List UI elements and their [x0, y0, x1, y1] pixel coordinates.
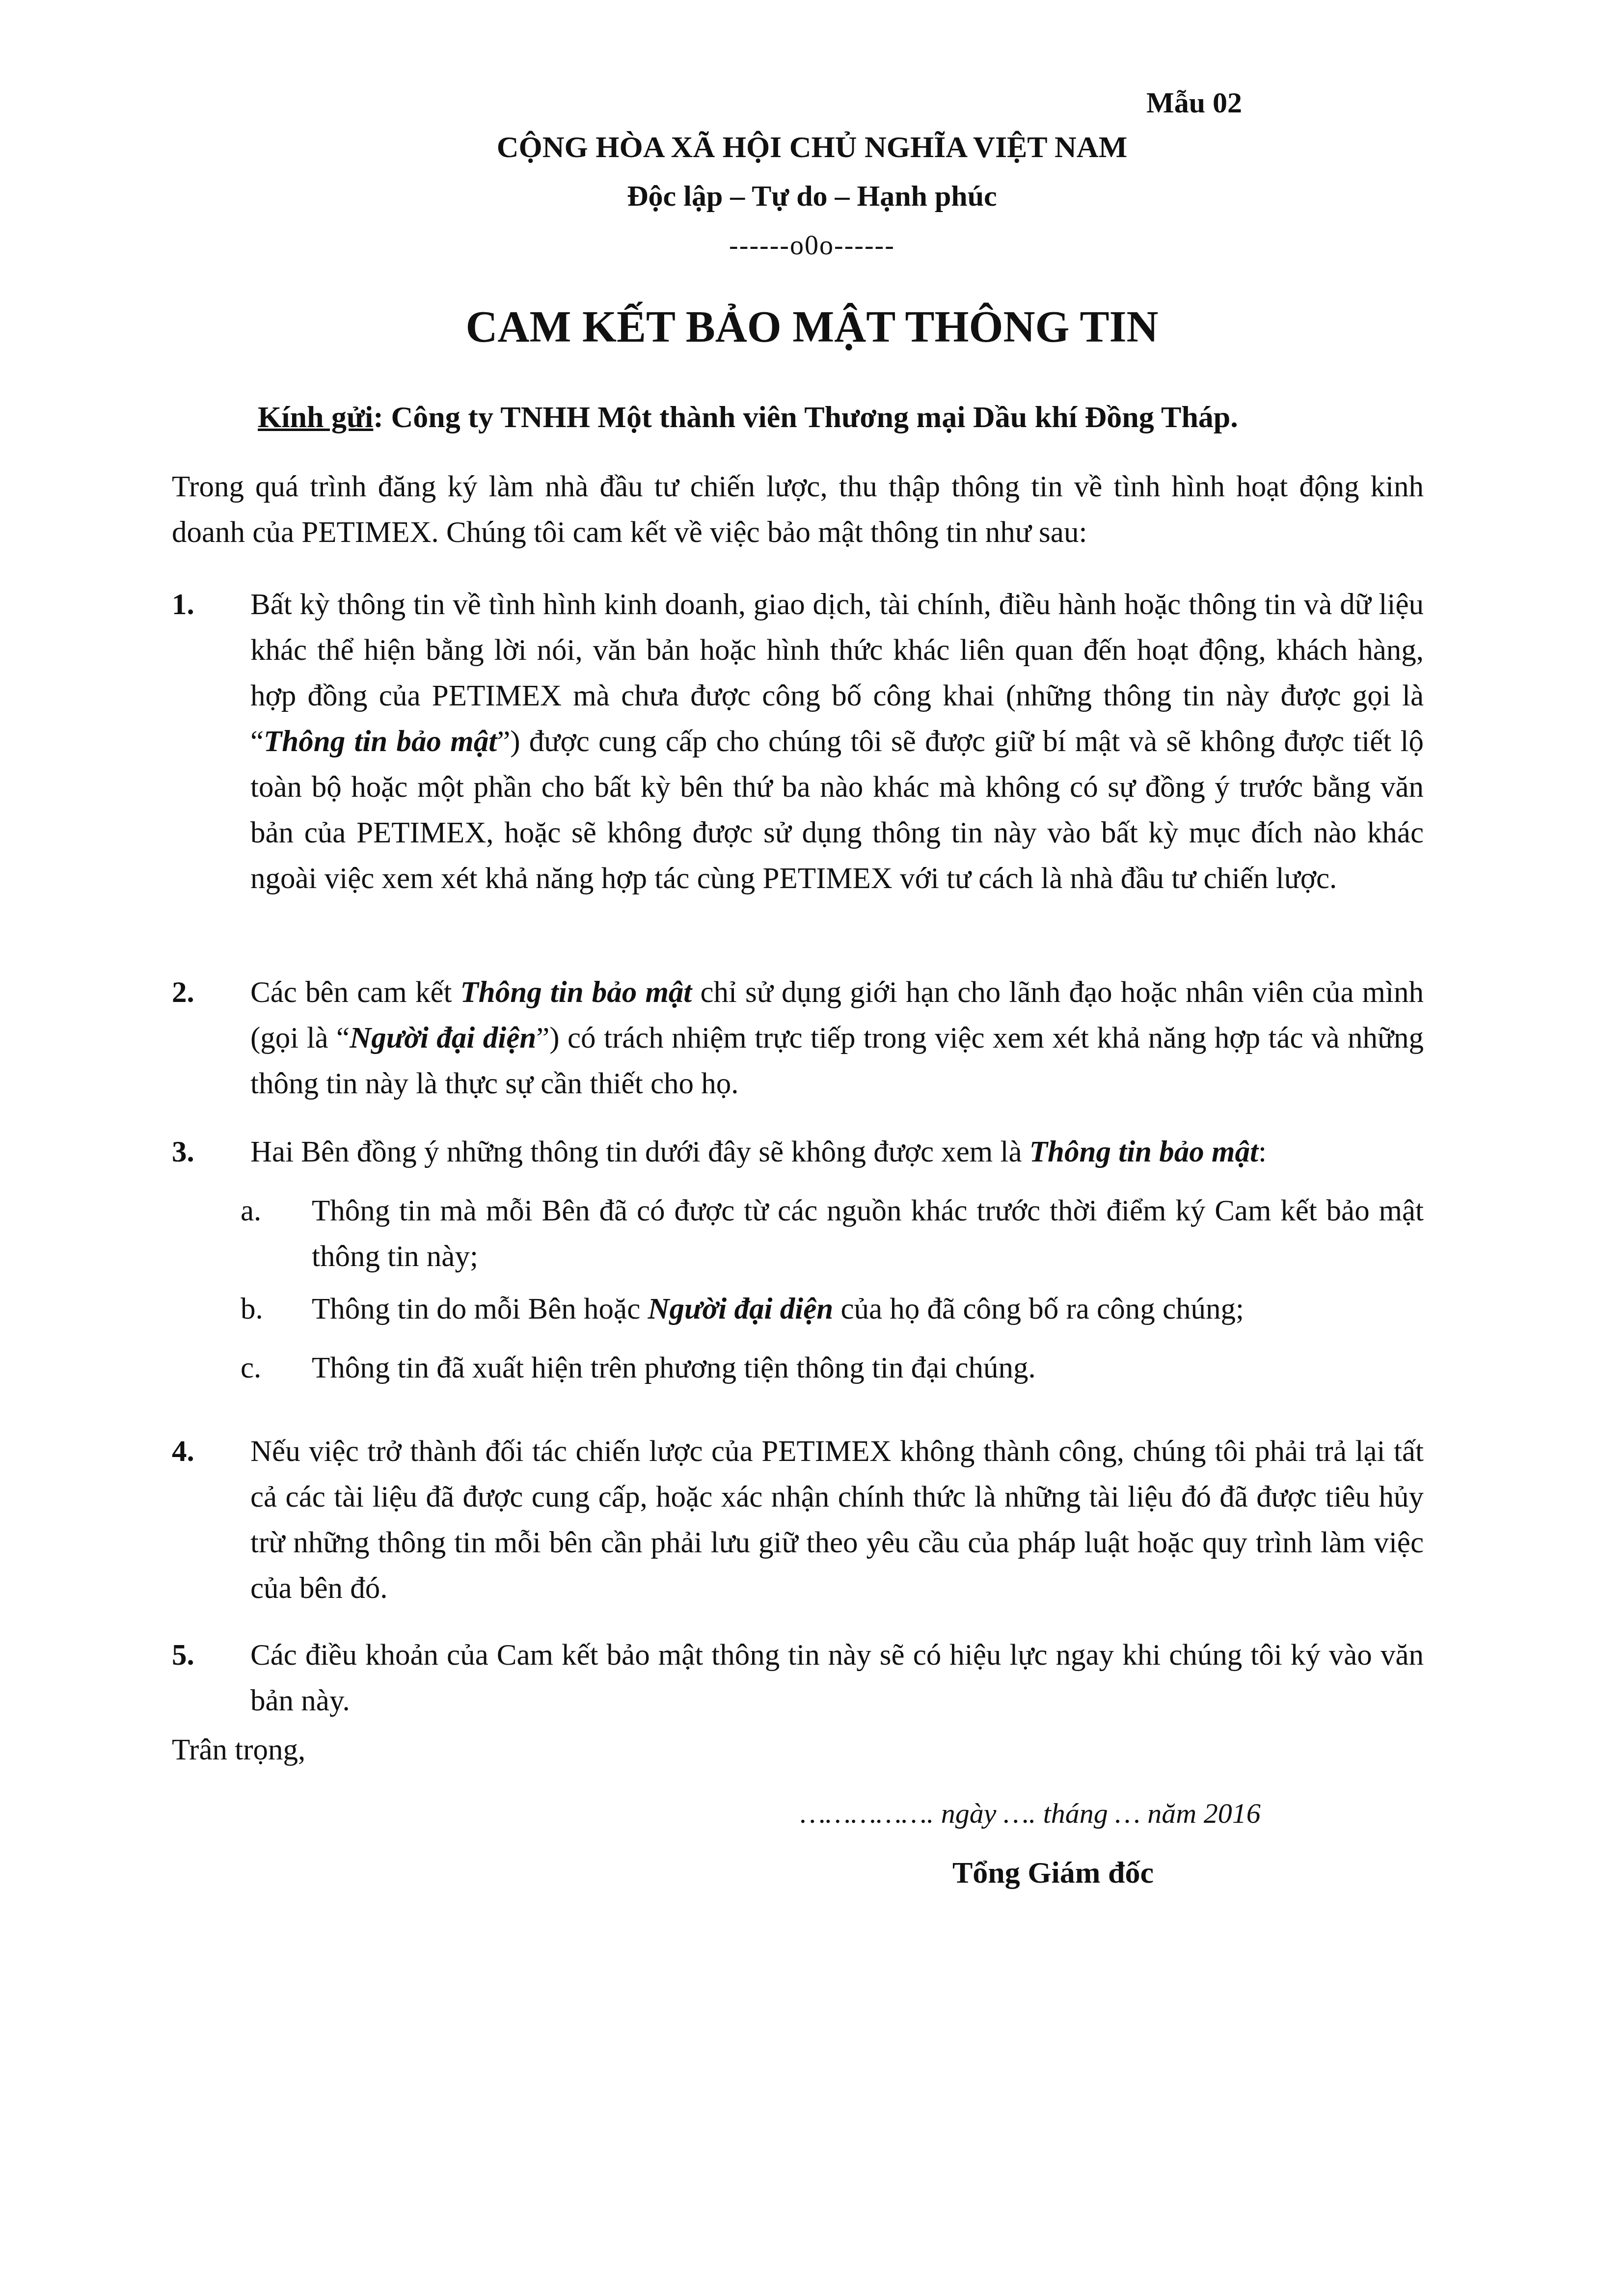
recipient-label: Kính gửi [258, 401, 373, 434]
document-title: CAM KẾT BẢO MẬT THÔNG TIN [0, 302, 1624, 352]
clause-number: 2. [172, 970, 194, 1015]
defined-term: Thông tin bảo mật [1029, 1135, 1258, 1168]
national-motto: Độc lập – Tự do – Hạnh phúc [0, 179, 1624, 213]
text-segment: Hai Bên đồng ý những thông tin dưới đây … [250, 1135, 1029, 1168]
signer-title: Tổng Giám đốc [952, 1856, 1154, 1891]
text-segment: Các bên cam kết [250, 976, 460, 1009]
date-line: ……………. ngày …. tháng … năm 2016 [800, 1797, 1261, 1830]
text-segment: : [1258, 1135, 1267, 1168]
text-segment: Các điều khoản của Cam kết bảo mật thông… [250, 1639, 1424, 1717]
intro-paragraph: Trong quá trình đăng ký làm nhà đầu tư c… [172, 464, 1424, 555]
defined-term: Người đại diện [350, 1022, 536, 1054]
header-separator: ------o0o------ [0, 230, 1624, 261]
subclause-letter: c. [241, 1345, 261, 1391]
defined-term: Người đại diện [648, 1293, 833, 1325]
text-segment: của họ đã công bố ra công chúng; [833, 1293, 1244, 1325]
clause-number: 4. [172, 1429, 194, 1474]
subclause-letter: b. [241, 1286, 263, 1332]
clause-text: Các điều khoản của Cam kết bảo mật thông… [250, 1632, 1424, 1724]
defined-term: Thông tin bảo mật [460, 976, 692, 1009]
national-header: CỘNG HÒA XÃ HỘI CHỦ NGHĨA VIỆT NAM [0, 130, 1624, 165]
closing-salutation: Trân trọng, [172, 1733, 305, 1767]
defined-term: Thông tin bảo mật [264, 725, 497, 758]
text-segment: Thông tin mà mỗi Bên đã có được từ các n… [312, 1194, 1424, 1273]
clause-text: Các bên cam kết Thông tin bảo mật chỉ sử… [250, 970, 1424, 1107]
clause-number: 3. [172, 1129, 194, 1175]
text-segment: Thông tin đã xuất hiện trên phương tiện … [312, 1351, 1036, 1384]
recipient-value: : Công ty TNHH Một thành viên Thương mại… [373, 401, 1238, 434]
clause-text: Nếu việc trở thành đối tác chiến lược củ… [250, 1429, 1424, 1611]
text-segment: Thông tin do mỗi Bên hoặc [312, 1293, 648, 1325]
clause-text: Bất kỳ thông tin về tình hình kinh doanh… [250, 582, 1424, 901]
subclause-text: Thông tin mà mỗi Bên đã có được từ các n… [312, 1188, 1424, 1279]
document-page: Mẫu 02 CỘNG HÒA XÃ HỘI CHỦ NGHĨA VIỆT NA… [0, 0, 1624, 2270]
clause-number: 1. [172, 582, 194, 627]
clause-text: Hai Bên đồng ý những thông tin dưới đây … [250, 1129, 1424, 1175]
subclause-letter: a. [241, 1188, 261, 1234]
clause-number: 5. [172, 1632, 194, 1678]
subclause-text: Thông tin do mỗi Bên hoặc Người đại diện… [312, 1286, 1424, 1332]
form-code: Mẫu 02 [1139, 86, 1242, 120]
recipient-line: Kính gửi: Công ty TNHH Một thành viên Th… [258, 400, 1238, 435]
subclause-text: Thông tin đã xuất hiện trên phương tiện … [312, 1345, 1424, 1391]
text-segment: Nếu việc trở thành đối tác chiến lược củ… [250, 1435, 1424, 1605]
